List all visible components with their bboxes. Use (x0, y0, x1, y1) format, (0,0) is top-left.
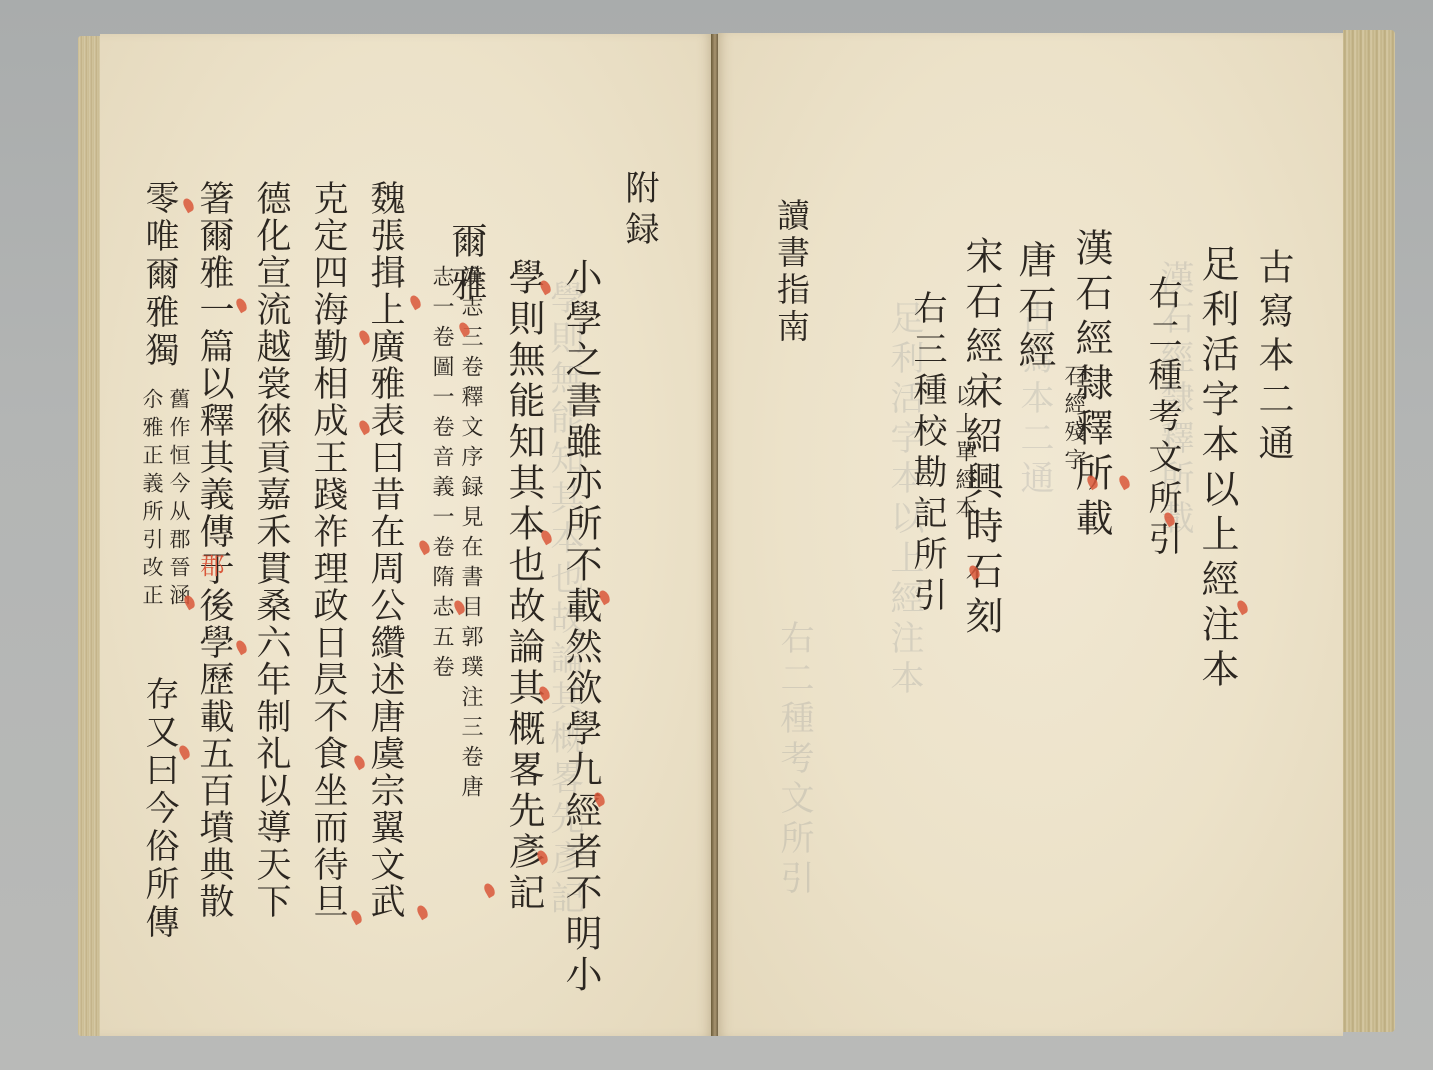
text-column-annotation: 尒雅正義所引改正 (141, 388, 162, 612)
open-book: 漢石經隸釋所載 古寫本二通 足利活字本以上經注本 右二種考文所引 學則無能知其本… (0, 0, 1433, 1070)
text-column-annotation: 漢志三卷釋文序録見在書目郭璞注三卷唐 (459, 265, 481, 805)
text-column: 存又曰今俗所傳 (142, 676, 176, 942)
text-column: 唐石經 (1015, 240, 1053, 375)
text-column: 讀書指南 (775, 198, 808, 346)
text-column: 克定四海勤相成王踐祚理政日昃不食坐而待旦 (310, 180, 345, 920)
section-heading: 附録 (622, 170, 656, 252)
text-column: 小學之書雖亦所不載然欲學九經者不明小 (562, 258, 599, 996)
text-column: 足利活字本以上經注本 (1198, 244, 1236, 694)
text-column-annotation: 以上單經本 (953, 384, 975, 524)
text-column: 右三種校勘記所引 (910, 290, 944, 618)
text-column-annotation: 舊作恒今从郡晉涵 (168, 388, 189, 612)
text-column: 魏張揖上廣雅表曰昔在周公纘述唐虞宗翼文武 (367, 180, 402, 920)
text-column: 零唯爾雅獨 (142, 180, 176, 370)
text-column: 箸爾雅一篇以釋其義傳于後學歷載五百墳典散 (196, 180, 231, 920)
text-column: 德化宣流越裳徠貢嘉禾貫桑六年制礼以導天下 (253, 180, 288, 920)
text-column-annotation: 石經殘字 (1062, 364, 1084, 476)
text-column: 古寫本二通 (1255, 248, 1291, 468)
text-column-annotation: 志一卷圖一卷音義一卷隋志五卷 (430, 265, 452, 685)
text-column: 學則無能知其本也故論其概畧先彥記 (505, 258, 542, 914)
right-page-edges (1343, 30, 1395, 1032)
bleed-through-text: 右二種考文所引 (770, 620, 819, 900)
red-correction-mark: 郡 (198, 553, 222, 583)
